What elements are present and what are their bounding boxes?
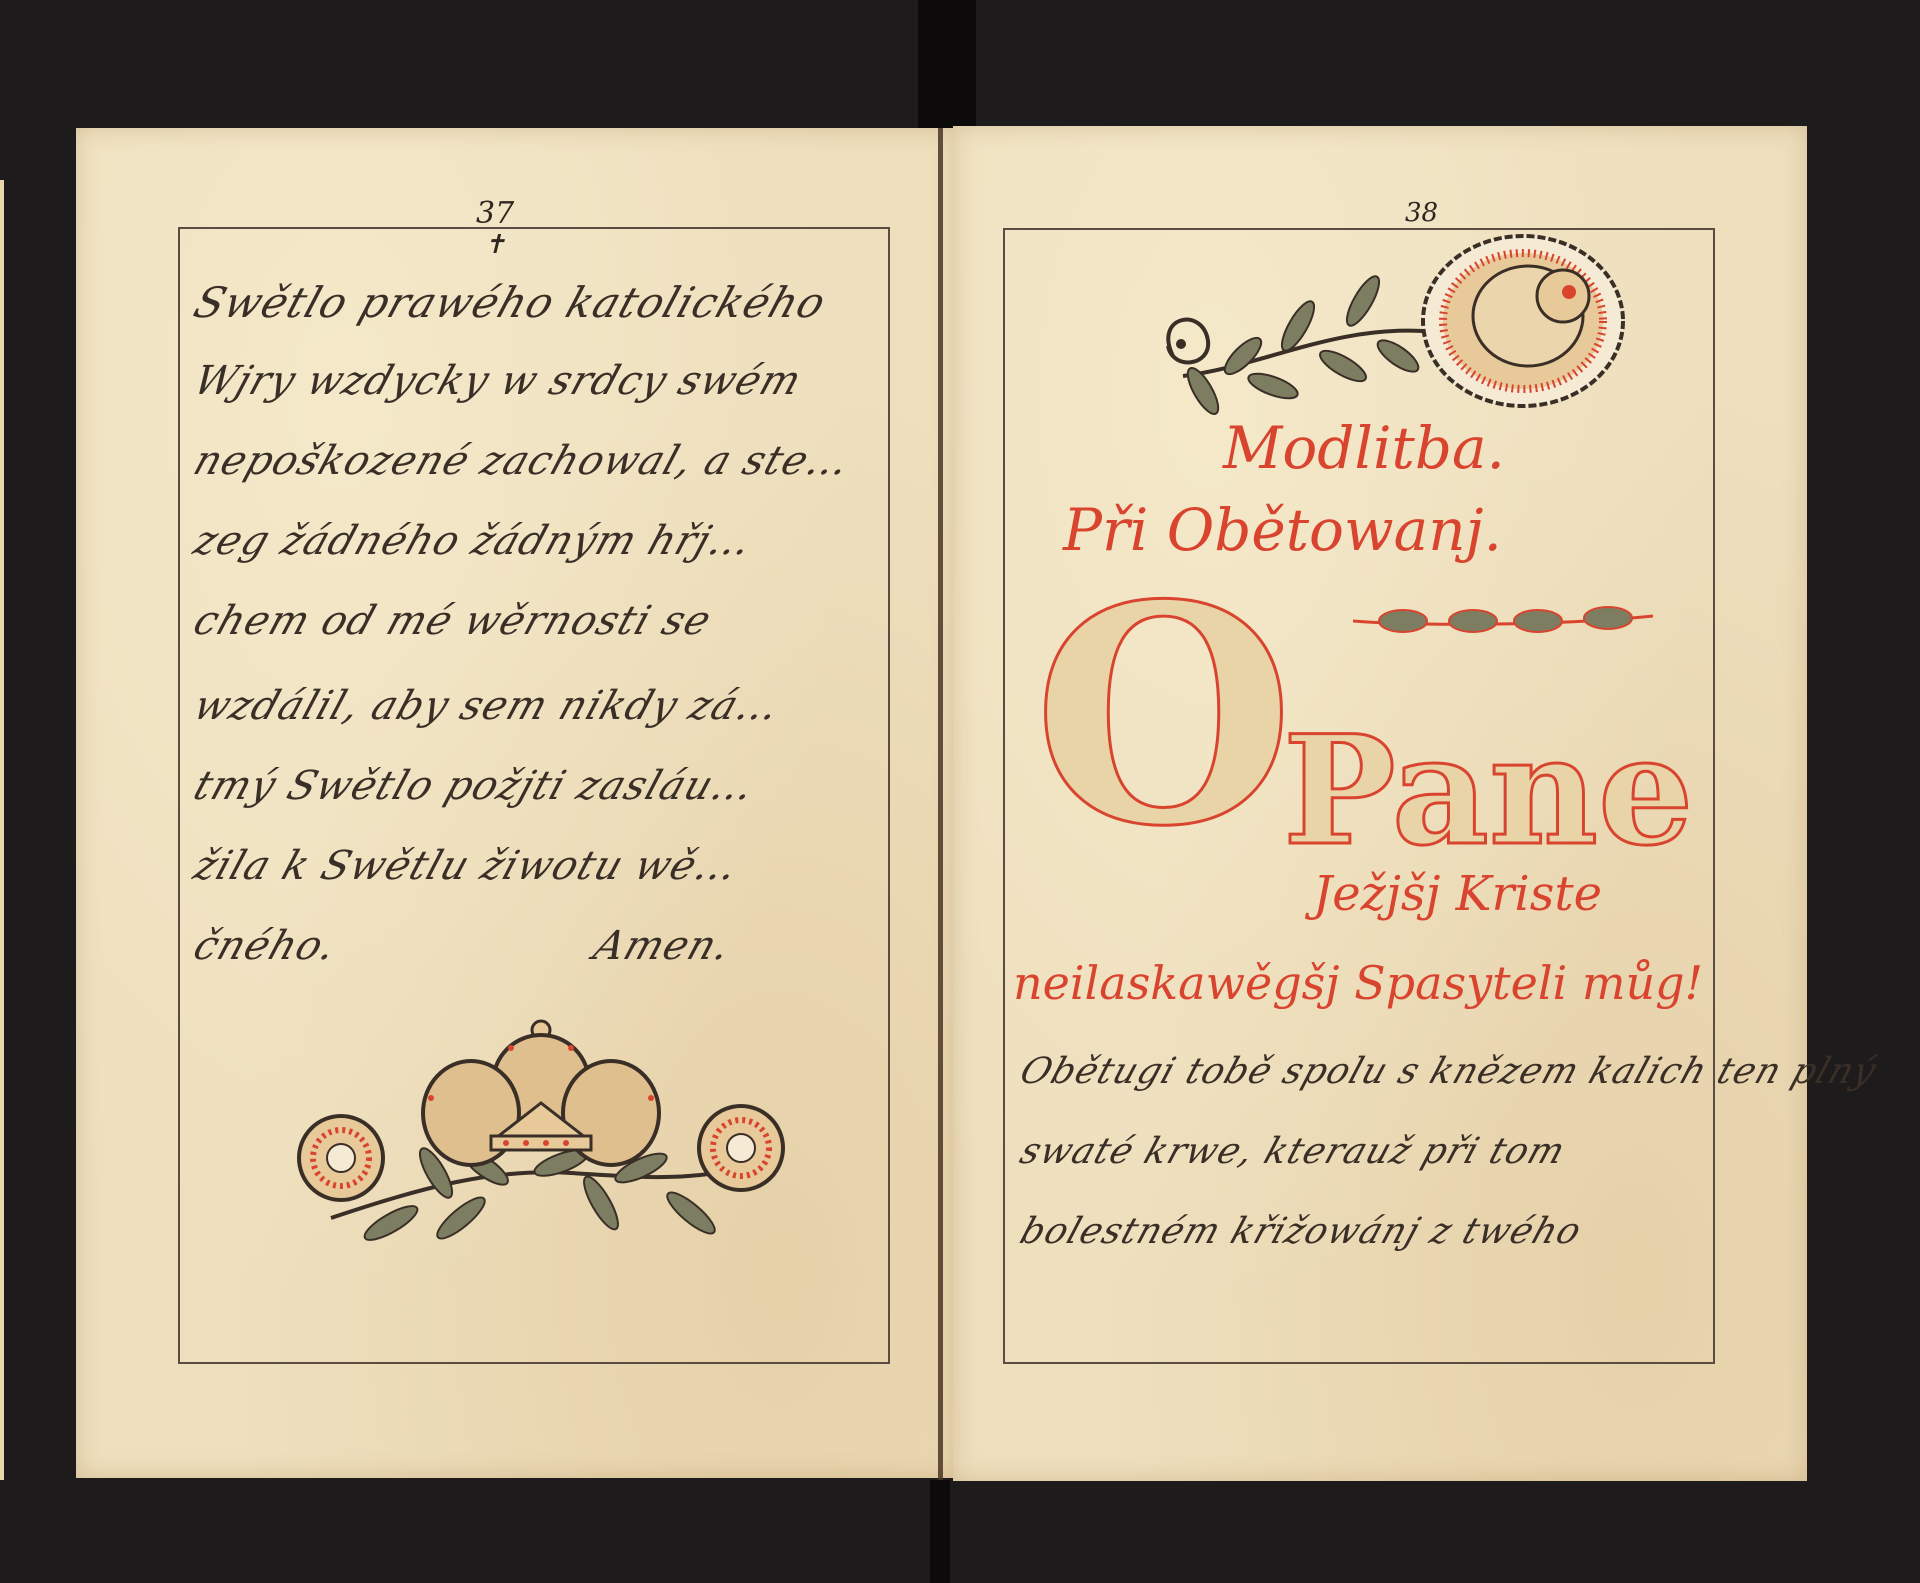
right-text-block: Obětugi tobě spolu s knězem kalich ten p… bbox=[1015, 126, 1715, 1426]
left-page: 37 ✝ Swětlo prawého katolického Wjry wzd… bbox=[76, 128, 956, 1478]
text-line: tmý Swětlo požjti zasláu… bbox=[188, 763, 761, 809]
right-page: 38 Modlitba. Při Obětowanj. O bbox=[953, 126, 1807, 1481]
text-line: Wjry wzdycky w srdcy swém bbox=[188, 358, 808, 404]
text-line: bolestném křižowánj z twého bbox=[1015, 1211, 1587, 1252]
text-line: nepoškozené zachowal, a ste… bbox=[188, 438, 856, 484]
flower-right-icon bbox=[699, 1106, 783, 1190]
book-spine bbox=[938, 128, 943, 1480]
text-line: chem od mé wěrnosti se bbox=[188, 598, 717, 644]
text-line: žila k Swětlu žiwotu wě… bbox=[188, 843, 744, 889]
gutter-shadow-bottom bbox=[930, 1480, 950, 1583]
flower-left-icon bbox=[299, 1116, 383, 1200]
text-line: Obětugi tobě spolu s knězem kalich ten p… bbox=[1015, 1051, 1882, 1092]
text-line: Swětlo prawého katolického bbox=[188, 278, 833, 327]
gutter-shadow-top bbox=[918, 0, 976, 128]
text-line: čného. bbox=[188, 923, 343, 969]
text-line: zeg žádného žádným hřj… bbox=[188, 518, 758, 564]
crown-flowers-ornament bbox=[271, 1008, 831, 1258]
crown-icon bbox=[423, 1021, 659, 1165]
scan-edge-strip bbox=[0, 180, 4, 1480]
text-line: swaté krwe, kterauž při tom bbox=[1015, 1131, 1571, 1172]
text-line: wzdálil, aby sem nikdy zá… bbox=[188, 683, 786, 729]
closing-amen: Amen. bbox=[588, 923, 737, 969]
